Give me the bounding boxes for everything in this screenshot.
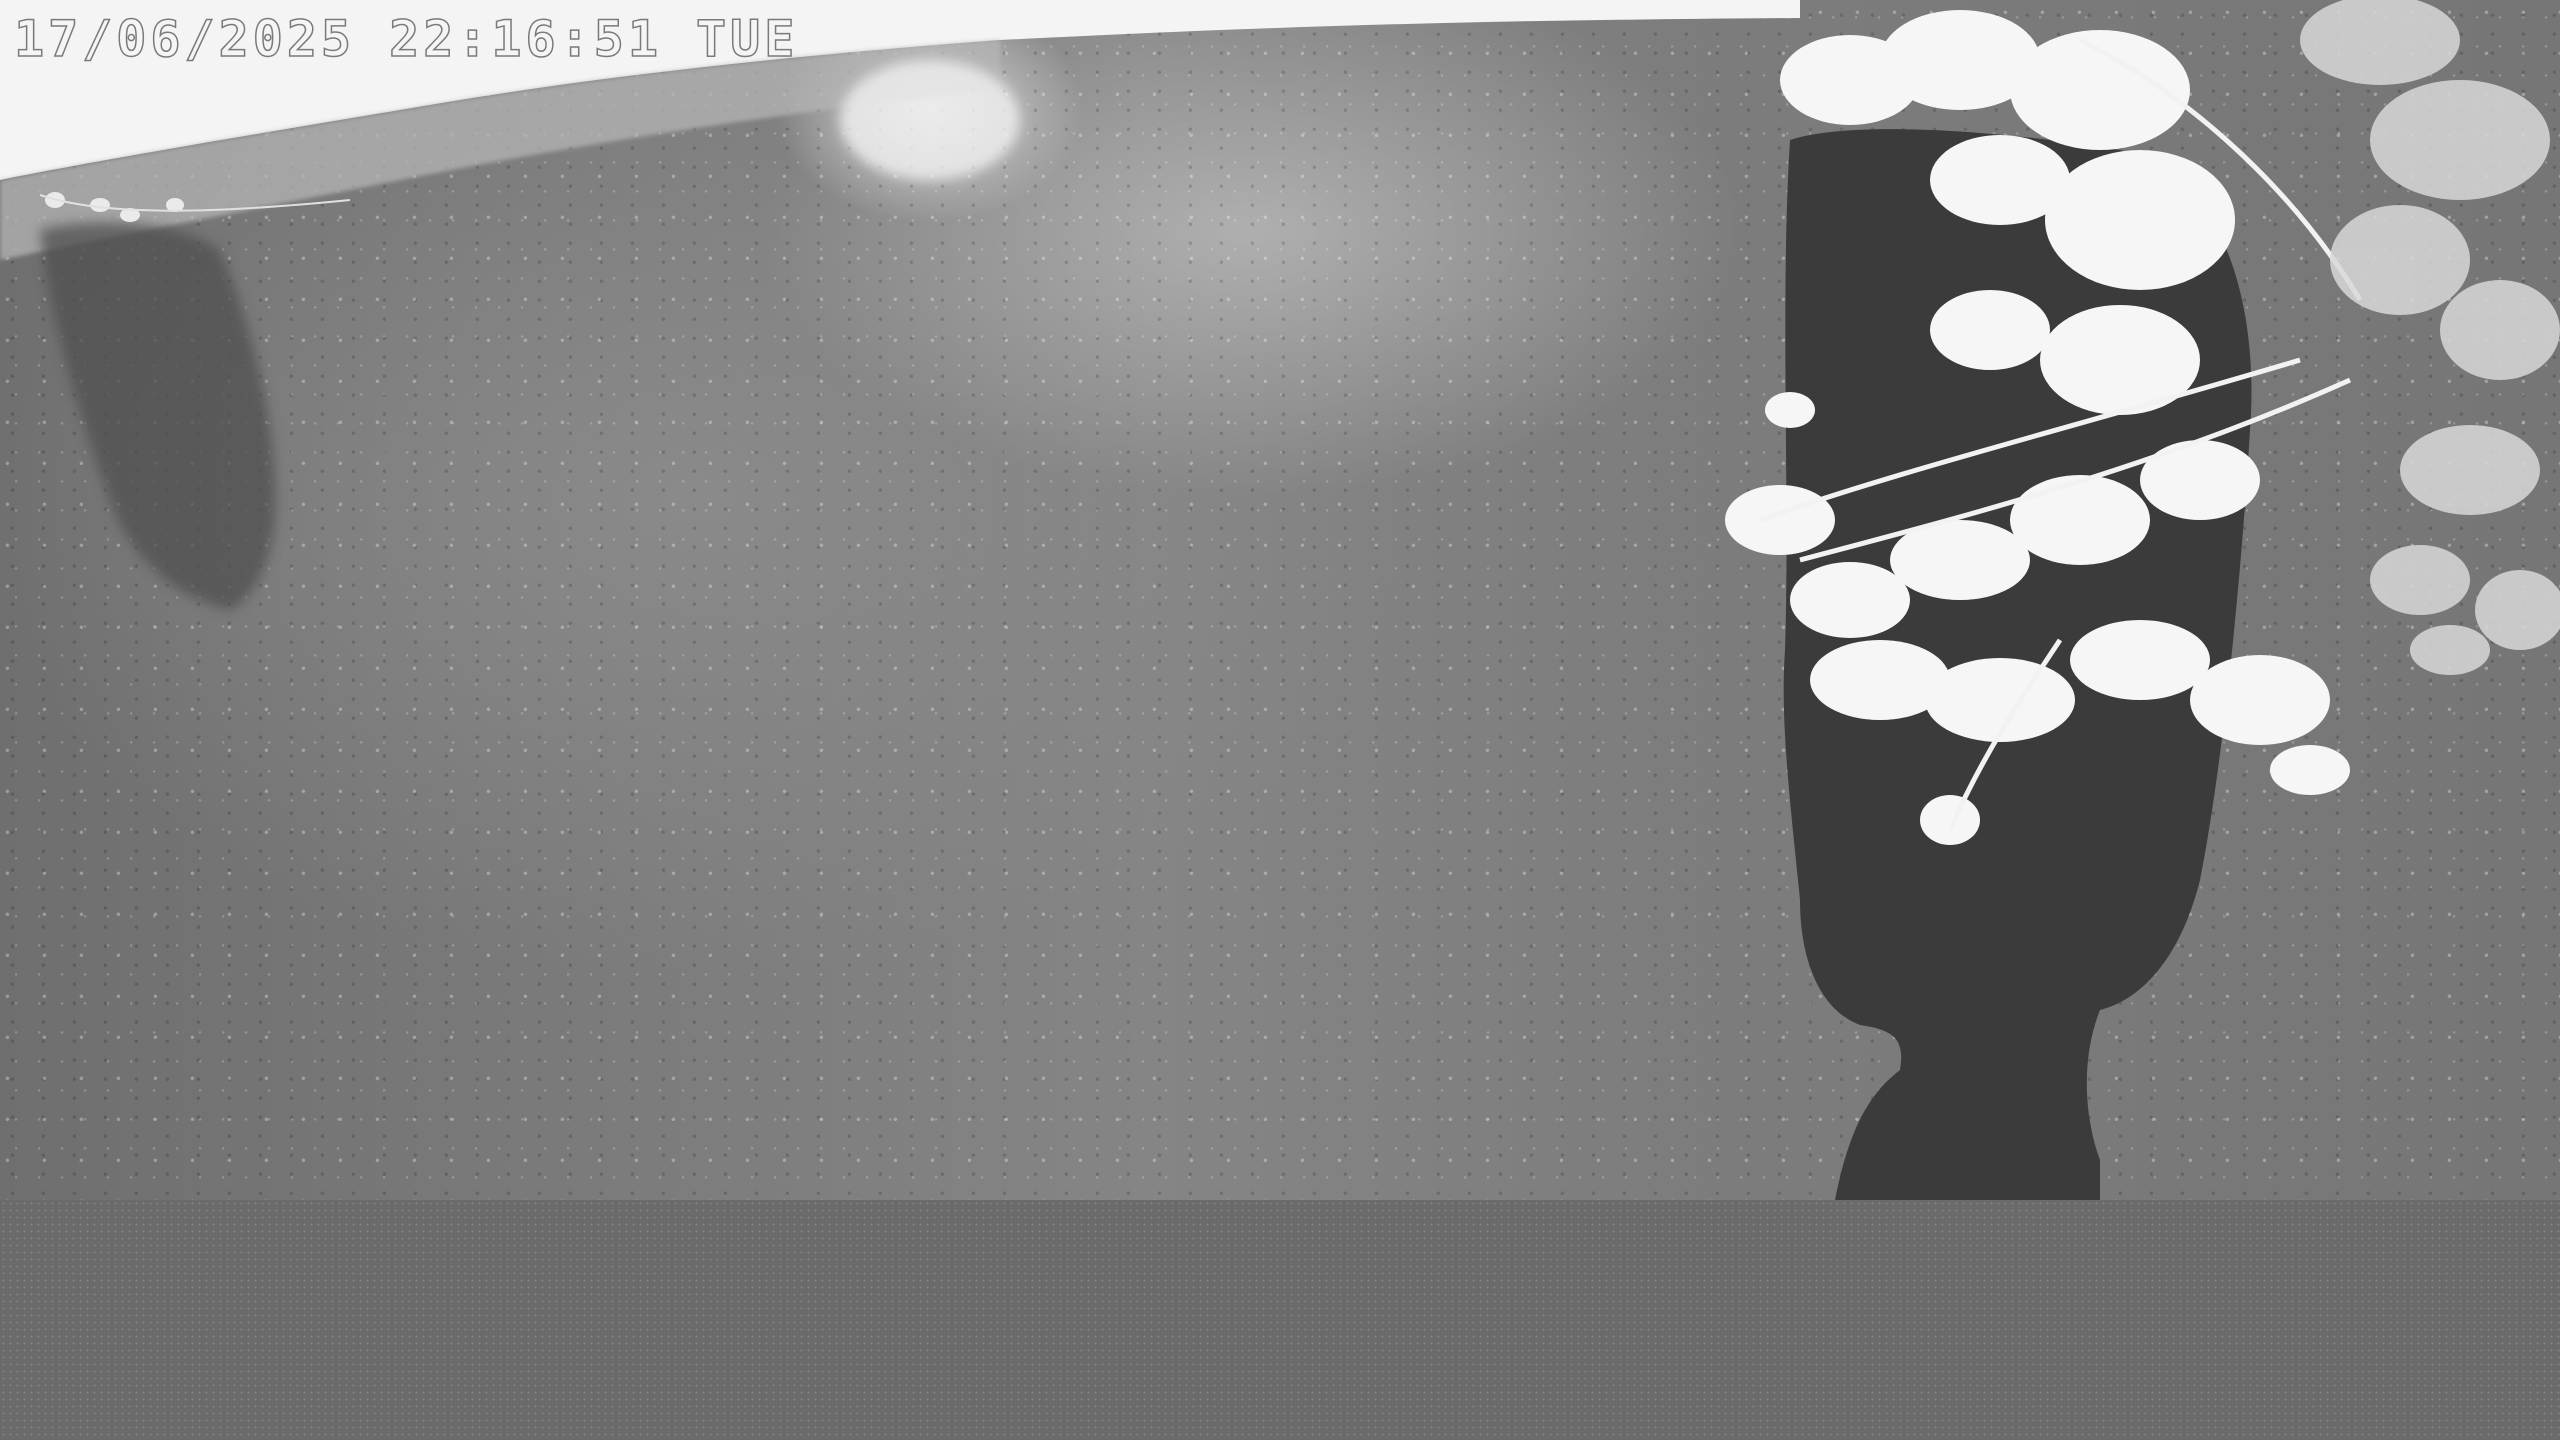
letterbox-bottom	[0, 1200, 2560, 1440]
camera-frame: 17/06/2025 22:16:51 TUE	[0, 0, 2560, 1200]
osd-timestamp: 17/06/2025 22:16:51 TUE	[14, 14, 798, 64]
ir-lit-foliage-dim	[2300, 0, 2560, 675]
shadow-silhouette-left	[40, 223, 276, 610]
scene-illustration	[0, 0, 2560, 1200]
